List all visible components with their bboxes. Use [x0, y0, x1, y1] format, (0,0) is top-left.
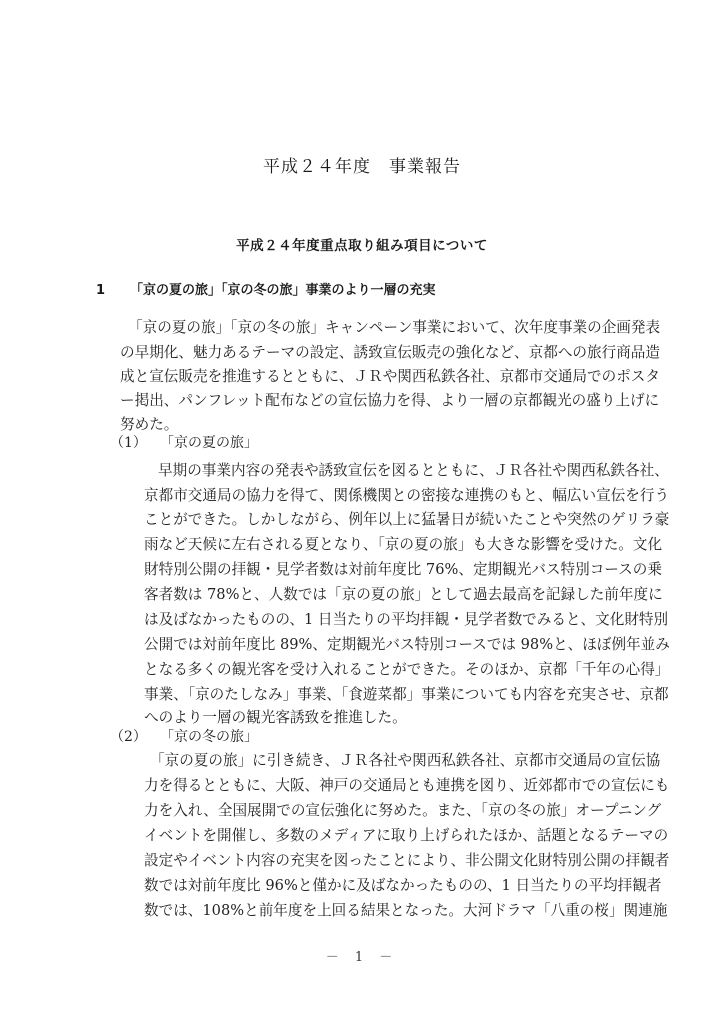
paragraph-line: の早期化、魅力あるテーマの設定、誘致宣伝販売の強化など、京都への旅行商品造: [120, 343, 660, 363]
paragraph-line: 努めた。: [120, 415, 178, 435]
paragraph-line: イベントを開催し、多数のメディアに取り上げられたほか、話題となるテーマの: [144, 826, 668, 846]
paragraph-line: となる多くの観光客を受け入れることができた。そのほか、京都「千年の心得」: [144, 660, 669, 680]
paragraph-line: 「京の夏の旅」に引き続き、ＪＲ各社や関西私鉄各社、京都市交通局の宣伝協: [150, 751, 660, 771]
paragraph-line: へのより一層の観光客誘致を推進した。: [144, 708, 407, 728]
section-heading: 1「京の夏の旅」「京の冬の旅」事業のより一層の充実: [96, 279, 436, 298]
paragraph-line: 京都市交通局の協力を得て、関係機関との密接な連携のもと、幅広い宣伝を行う: [144, 486, 669, 506]
paragraph-line: ー掲出、パンフレット配布などの宣伝協力を得、より一層の京都観光の盛り上げに: [120, 391, 659, 411]
paragraph-line: 財特別公開の拝観・見学者数は対前年度比 76%、定期観光バス特別コースの乗: [144, 560, 662, 580]
paragraph-line: 公開では対前年度比 89%、定期観光バス特別コースでは 98%と、ほぼ例年並み: [144, 635, 670, 655]
paragraph-line: 「京の夏の旅」「京の冬の旅」キャンペーン事業において、次年度事業の企画発表: [128, 318, 660, 338]
paragraph-line: ことができた。しかしながら、例年以上に猛暑日が続いたことや突然のゲリラ豪: [144, 510, 669, 530]
paragraph-line: 事業、「京のたしなみ」事業、「食遊菜都」事業についても内容を充実させ、京都: [144, 685, 669, 705]
document-subtitle: 平成２４年度重点取り組み項目について: [0, 234, 724, 254]
subsection-heading: （2）「京の冬の旅」: [110, 727, 258, 747]
section-heading-text: 「京の夏の旅」「京の冬の旅」事業のより一層の充実: [130, 283, 436, 298]
paragraph-line: 雨など天候に左右される夏となり、「京の夏の旅」も大きな影響を受けた。文化: [144, 535, 662, 555]
document-page: 平成２４年度 事業報告 平成２４年度重点取り組み項目について 1「京の夏の旅」「…: [0, 0, 724, 1024]
paragraph-line: 力を得るとともに、大阪、神戸の交通局とも連携を図り、近郊都市での宣伝にも: [144, 776, 669, 796]
subsection-heading: （1）「京の夏の旅」: [110, 433, 258, 453]
paragraph-line: 早期の事業内容の発表や誘致宣伝を図るとともに、ＪＲ各社や関西私鉄各社、: [158, 461, 669, 481]
paragraph-line: 客者数は 78%と、人数では「京の夏の旅」として過去最高を記録した前年度に: [144, 585, 663, 605]
subsection-number: （2）: [110, 727, 160, 747]
paragraph-line: 数では、108%と前年度を上回る結果となった。大河ドラマ「八重の桜」関連施: [144, 901, 667, 921]
subsection-title: 「京の夏の旅」: [160, 435, 258, 451]
paragraph-line: 力を入れ、全国展開での宣伝強化に努めた。また、「京の冬の旅」オープニング: [144, 801, 661, 821]
paragraph-line: 数では対前年度比 96%と僅かに及ばなかったものの、1 日当たりの平均拝観者: [144, 876, 661, 896]
paragraph-line: 設定やイベント内容の充実を図ったことにより、非公開文化財特別公開の拝観者: [144, 851, 669, 871]
document-title: 平成２４年度 事業報告: [0, 152, 724, 177]
subsection-number: （1）: [110, 433, 160, 453]
subsection-title: 「京の冬の旅」: [160, 729, 258, 745]
page-number: － 1 －: [0, 946, 724, 965]
paragraph-line: 成と宣伝販売を推進するとともに、ＪＲや関西私鉄各社、京都市交通局でのポスタ: [120, 367, 660, 387]
section-number: 1: [96, 283, 130, 298]
paragraph-line: は及ばなかったものの、1 日当たりの平均拝観・見学者数でみると、文化財特別: [144, 610, 668, 630]
